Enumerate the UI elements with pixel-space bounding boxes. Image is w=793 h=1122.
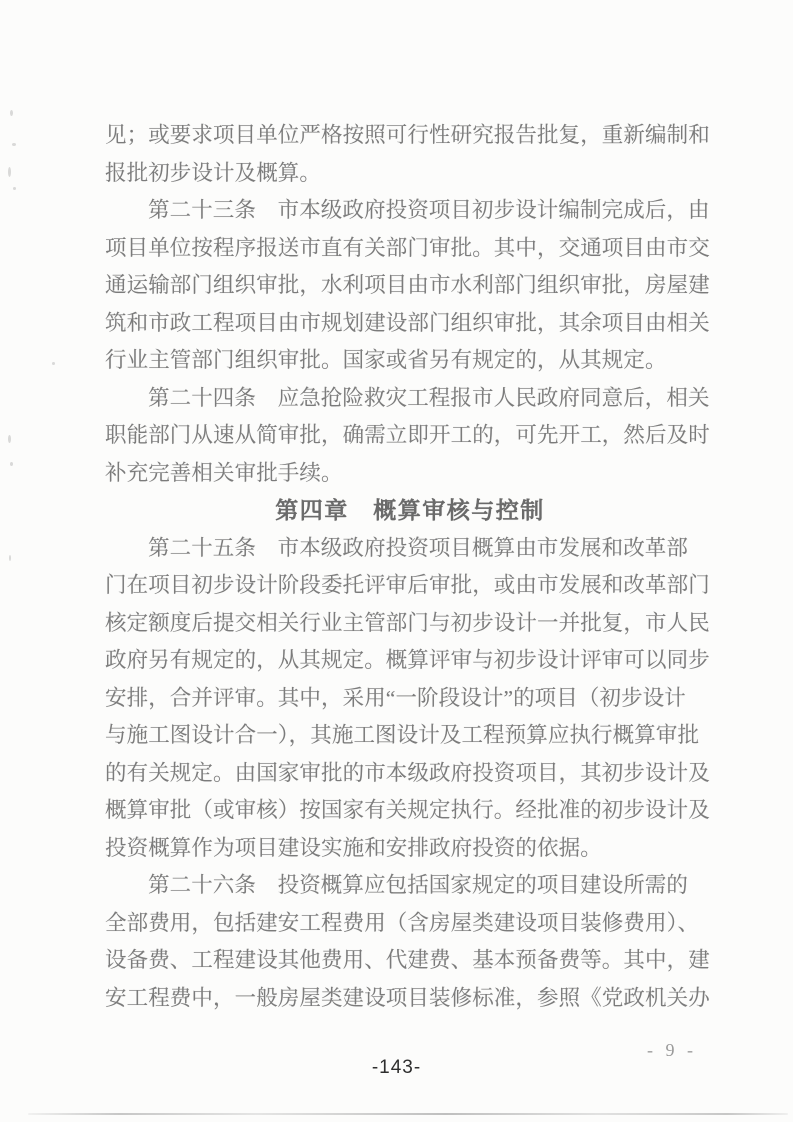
text-line: 见；或要求项目单位严格按照可行性研究报告批复，重新编制和 [105,117,715,155]
document-body: 见；或要求项目单位严格按照可行性研究报告批复，重新编制和报批初步设计及概算。第二… [105,117,715,1017]
text-line: 筑和市政工程项目由市规划建设部门组织审批，其余项目由相关 [105,305,715,343]
chapter-heading: 第四章 概算审核与控制 [105,492,715,530]
text-line: 行业主管部门组织审批。国家或省另有规定的，从其规定。 [105,342,715,380]
scan-speckle [9,555,11,561]
text-line: 第二十三条 市本级政府投资项目初步设计编制完成后，由 [105,192,715,230]
scan-speckle [8,435,11,443]
text-line: 安工程费中，一般房屋类建设项目装修标准，参照《党政机关办 [105,980,715,1018]
text-line: 概算审批（或审核）按国家有关规定执行。经批准的初步设计及 [105,792,715,830]
scan-speckle [13,187,16,190]
scanned-document-page: 见；或要求项目单位严格按照可行性研究报告批复，重新编制和报批初步设计及概算。第二… [0,0,793,1122]
text-line: 报批初步设计及概算。 [105,155,715,193]
scan-speckle [10,110,13,116]
scan-speckle [52,362,55,365]
scan-speckle [12,143,16,146]
text-line: 门在项目初步设计阶段委托评审后审批，或由市发展和改革部门 [105,567,715,605]
text-line: 的有关规定。由国家审批的市本级政府投资项目，其初步设计及 [105,755,715,793]
text-line: 与施工图设计合一），其施工图设计及工程预算应执行概算审批 [105,717,715,755]
scan-edge-artifact [28,1113,788,1115]
text-line: 第二十五条 市本级政府投资项目概算由市发展和改革部 [105,530,715,568]
text-line: 政府另有规定的，从其规定。概算评审与初步设计评审可以同步 [105,642,715,680]
text-line: 项目单位按程序报送市直有关部门审批。其中，交通项目由市交 [105,230,715,268]
text-line: 全部费用，包括建安工程费用（含房屋类建设项目装修费用）、 [105,905,715,943]
text-line: 补充完善相关审批手续。 [105,455,715,493]
text-line: 投资概算作为项目建设实施和安排政府投资的依据。 [105,830,715,868]
text-line: 安排，合并评审。其中，采用“一阶段设计”的项目（初步设计 [105,680,715,718]
page-number: - 9 - [647,1040,697,1061]
text-line: 设备费、工程建设其他费用、代建费、基本预备费等。其中，建 [105,942,715,980]
text-line: 核定额度后提交相关行业主管部门与初步设计一并批复，市人民 [105,605,715,643]
text-line: 第二十六条 投资概算应包括国家规定的项目建设所需的 [105,867,715,905]
text-line: 第二十四条 应急抢险救灾工程报市人民政府同意后，相关 [105,380,715,418]
scan-speckle [8,167,11,177]
scan-speckle [10,462,13,466]
text-line: 通运输部门组织审批，水利项目由市水利部门组织审批，房屋建 [105,267,715,305]
text-line: 职能部门从速从简审批，确需立即开工的，可先开工，然后及时 [105,417,715,455]
